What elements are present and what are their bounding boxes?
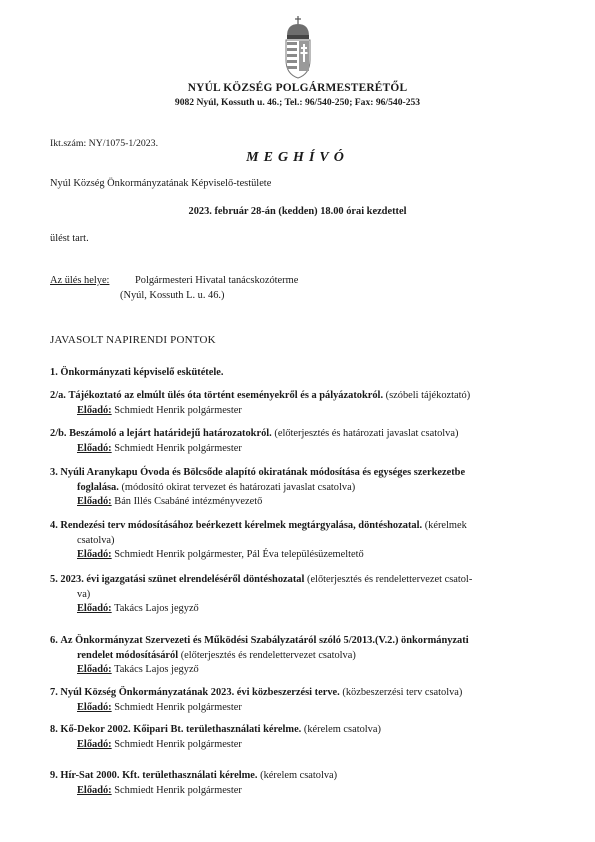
- meeting-statement: ülést tart.: [50, 233, 89, 244]
- agenda-item-8: 8. Kő-Dekor 2002. Kőipari Bt. területhas…: [50, 723, 570, 752]
- place-line-2: (Nyúl, Kossuth L. u. 46.): [120, 290, 224, 301]
- hungarian-coat-of-arms-icon: [284, 14, 312, 80]
- agenda-heading: JAVASOLT NAPIRENDI PONTOK: [50, 334, 216, 346]
- agenda-item-7: 7. Nyúl Község Önkormányzatának 2023. év…: [50, 686, 570, 715]
- agenda-item-1: 1. Önkormányzati képviselő eskütétele.: [50, 366, 570, 381]
- meeting-date: 2023. február 28-án (kedden) 18.00 órai …: [0, 206, 595, 217]
- letterhead-title: NYÚL KÖZSÉG POLGÁRMESTERÉTŐL: [0, 82, 595, 94]
- agenda-item-2b: 2/b. Beszámoló a lejárt határidejű határ…: [50, 427, 570, 456]
- addressee: Nyúl Község Önkormányzatának Képviselő-t…: [50, 178, 271, 189]
- agenda-item-3: 3. Nyúli Aranykapu Óvoda és Bölcsőde ala…: [50, 466, 570, 510]
- agenda-item-9: 9. Hír-Sat 2000. Kft. területhasználati …: [50, 769, 570, 798]
- agenda-item-2a: 2/a. Tájékoztató az elmúlt ülés óta tört…: [50, 389, 570, 418]
- agenda-item-6: 6. Az Önkormányzat Szervezeti és Működés…: [50, 634, 570, 678]
- letterhead-address: 9082 Nyúl, Kossuth u. 46.; Tel.: 96/540-…: [0, 97, 595, 108]
- document-title: MEGHÍVÓ: [0, 150, 595, 166]
- place-line-1: Polgármesteri Hivatal tanácskozóterme: [135, 275, 298, 286]
- agenda-item-5: 5. 2023. évi igazgatási szünet elrendelé…: [50, 573, 570, 617]
- reference-number: Ikt.szám: NY/1075-1/2023.: [50, 138, 158, 149]
- place-label: Az ülés helye:: [50, 275, 109, 286]
- agenda-item-4: 4. Rendezési terv módosításához beérkeze…: [50, 519, 570, 563]
